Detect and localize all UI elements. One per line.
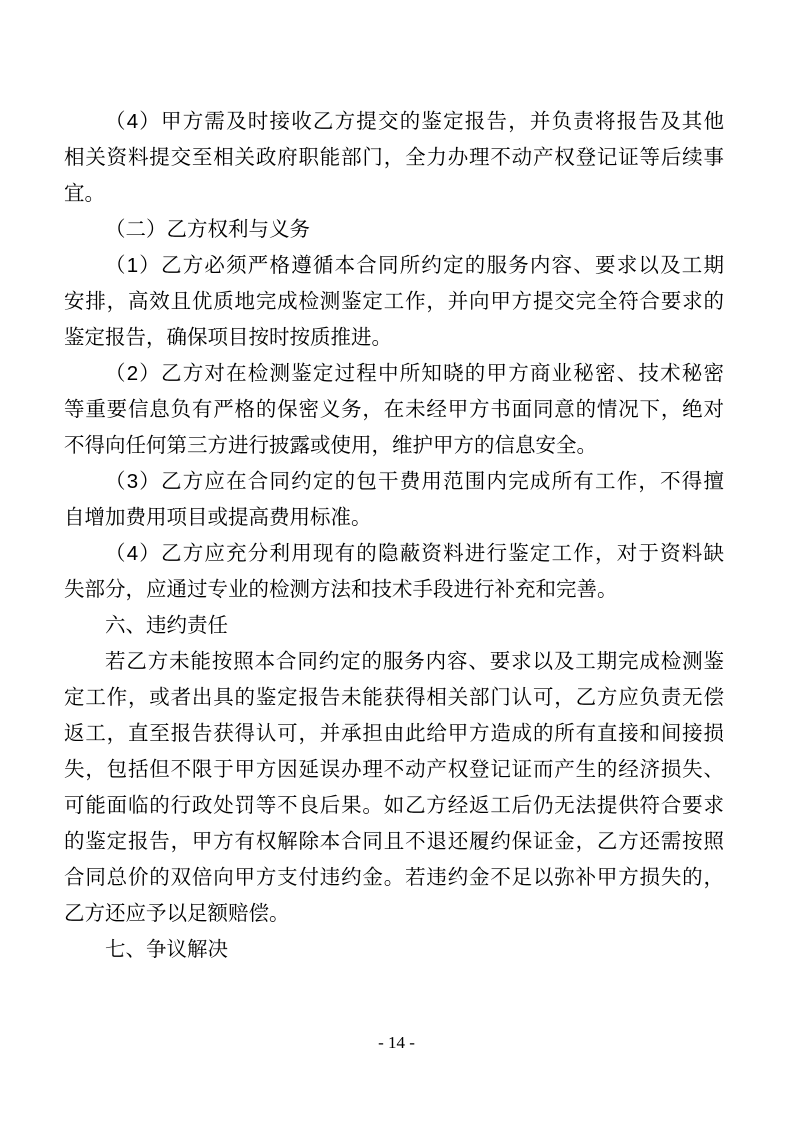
text-line: 相关资料提交至相关政府职能部门，全力办理不动产权登记证等后续事 (64, 140, 724, 176)
clause-yifang-item-2: （2）乙方对在检测鉴定过程中所知晓的甲方商业秘密、技术秘密等重要信息负有严格的保… (64, 356, 724, 464)
text-line: 不得向任何第三方进行披露或使用，维护甲方的信息安全。 (64, 428, 724, 464)
clause-jiafang-item-4: （4）甲方需及时接收乙方提交的鉴定报告，并负责将报告及其他相关资料提交至相关政府… (64, 104, 724, 212)
text-line: 失，包括但不限于甲方因延误办理不动产权登记证而产生的经济损失、 (64, 752, 724, 788)
text-line: （二）乙方权利与义务 (64, 212, 724, 248)
text-line: （3）乙方应在合同约定的包干费用范围内完成所有工作，不得擅 (64, 464, 724, 500)
heading-section-6: 六、违约责任 (64, 608, 724, 644)
text-line: 宜。 (64, 176, 724, 212)
text-line: 等重要信息负有严格的保密义务，在未经甲方书面同意的情况下，绝对 (64, 392, 724, 428)
text-line: 可能面临的行政处罚等不良后果。如乙方经返工后仍无法提供符合要求 (64, 788, 724, 824)
heading-yifang-rights: （二）乙方权利与义务 (64, 212, 724, 248)
clause-yifang-item-3: （3）乙方应在合同约定的包干费用范围内完成所有工作，不得擅自增加费用项目或提高费… (64, 464, 724, 536)
document-page: （4）甲方需及时接收乙方提交的鉴定报告，并负责将报告及其他相关资料提交至相关政府… (0, 0, 793, 1122)
text-line: 若乙方未能按照本合同约定的服务内容、要求以及工期完成检测鉴 (64, 644, 724, 680)
page-number: - 14 - (0, 1033, 793, 1053)
text-line: （4）甲方需及时接收乙方提交的鉴定报告，并负责将报告及其他 (64, 104, 724, 140)
text-line: 七、争议解决 (64, 932, 724, 968)
clause-breach-liability: 若乙方未能按照本合同约定的服务内容、要求以及工期完成检测鉴定工作，或者出具的鉴定… (64, 644, 724, 932)
text-line: （2）乙方对在检测鉴定过程中所知晓的甲方商业秘密、技术秘密 (64, 356, 724, 392)
text-line: （4）乙方应充分利用现有的隐蔽资料进行鉴定工作，对于资料缺 (64, 536, 724, 572)
clause-yifang-item-4: （4）乙方应充分利用现有的隐蔽资料进行鉴定工作，对于资料缺失部分，应通过专业的检… (64, 536, 724, 608)
clause-yifang-item-1: （1）乙方必须严格遵循本合同所约定的服务内容、要求以及工期安排，高效且优质地完成… (64, 248, 724, 356)
text-line: 返工，直至报告获得认可，并承担由此给甲方造成的所有直接和间接损 (64, 716, 724, 752)
contract-body: （4）甲方需及时接收乙方提交的鉴定报告，并负责将报告及其他相关资料提交至相关政府… (64, 104, 724, 968)
text-line: （1）乙方必须严格遵循本合同所约定的服务内容、要求以及工期 (64, 248, 724, 284)
text-line: 的鉴定报告，甲方有权解除本合同且不退还履约保证金，乙方还需按照 (64, 824, 724, 860)
text-line: 安排，高效且优质地完成检测鉴定工作，并向甲方提交完全符合要求的 (64, 284, 724, 320)
text-line: 合同总价的双倍向甲方支付违约金。若违约金不足以弥补甲方损失的， (64, 860, 724, 896)
text-line: 定工作，或者出具的鉴定报告未能获得相关部门认可，乙方应负责无偿 (64, 680, 724, 716)
text-line: 乙方还应予以足额赔偿。 (64, 896, 724, 932)
text-line: 自增加费用项目或提高费用标准。 (64, 500, 724, 536)
text-line: 鉴定报告，确保项目按时按质推进。 (64, 320, 724, 356)
heading-section-7: 七、争议解决 (64, 932, 724, 968)
text-line: 六、违约责任 (64, 608, 724, 644)
text-line: 失部分，应通过专业的检测方法和技术手段进行补充和完善。 (64, 572, 724, 608)
